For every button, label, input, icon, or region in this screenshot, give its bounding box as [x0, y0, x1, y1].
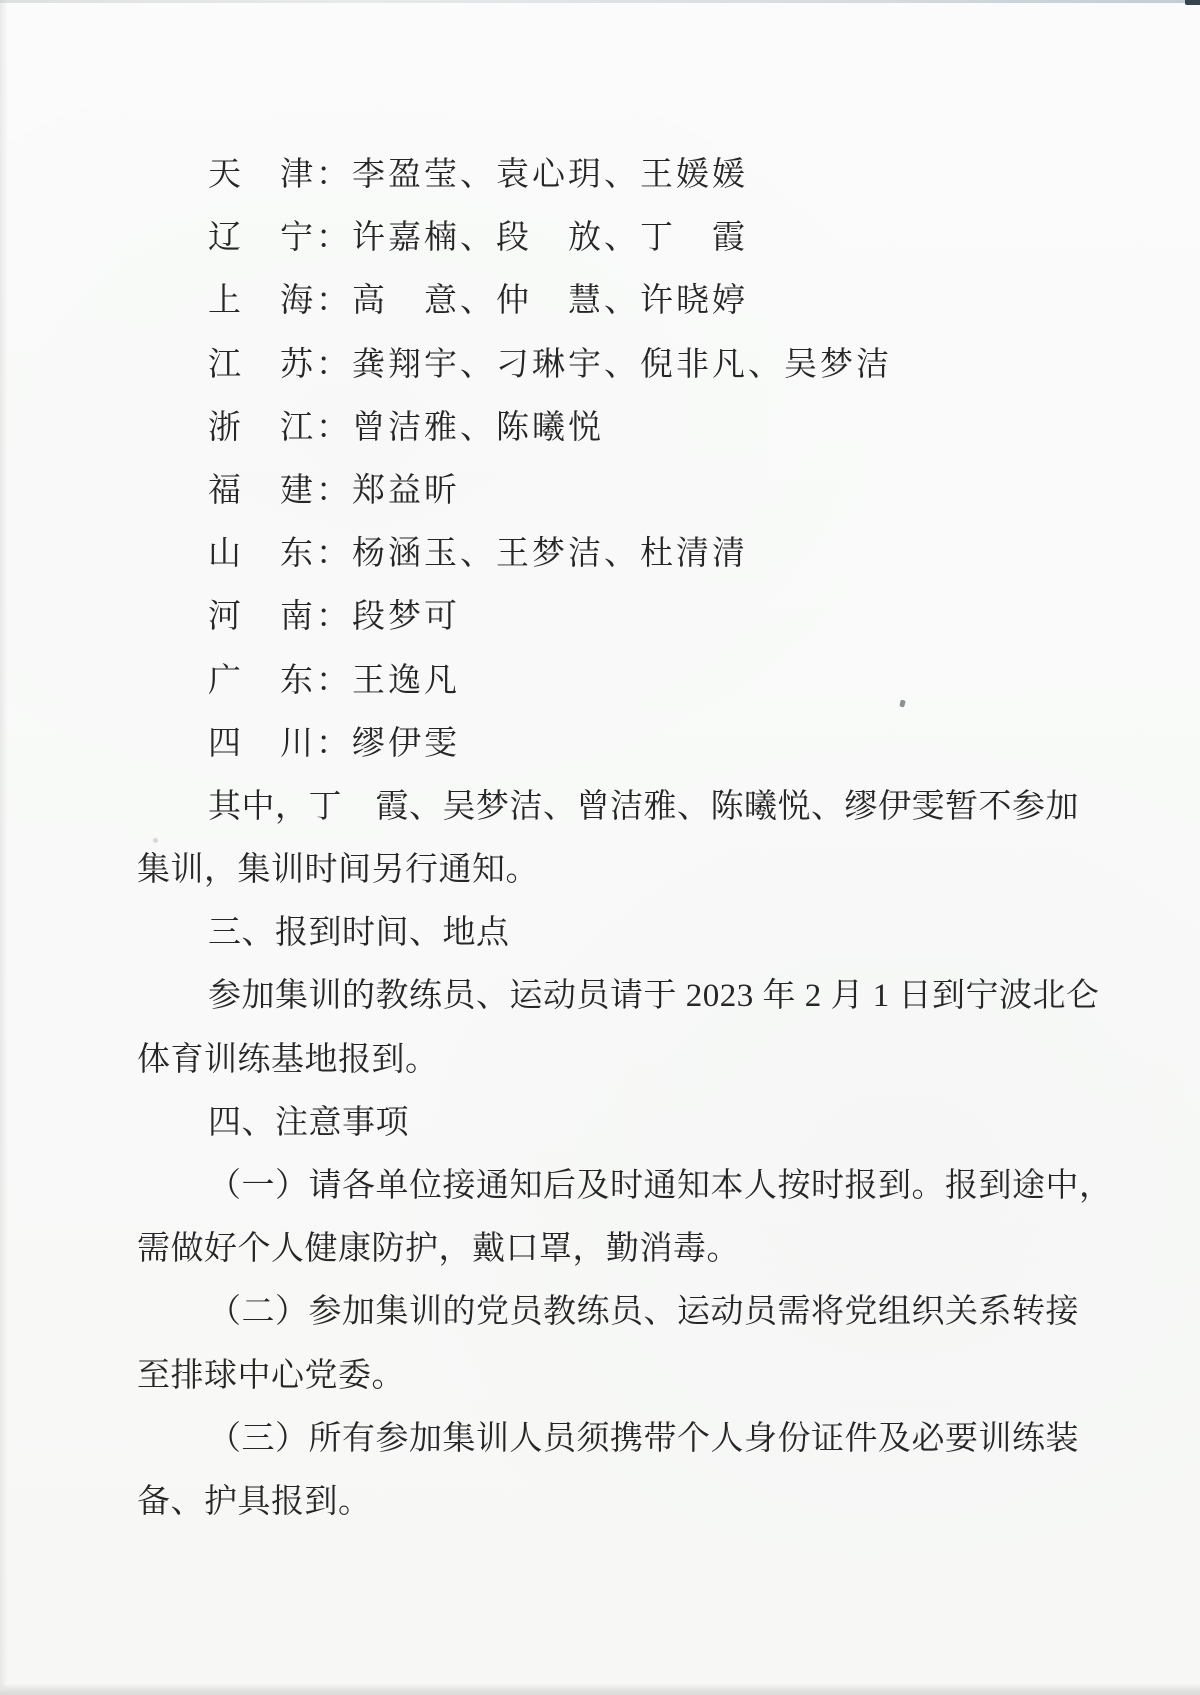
roster-line-fujian: 福 建：郑益昕	[137, 460, 1077, 523]
note2-line-1: （二）参加集训的党员教练员、运动员需将党组织关系转接	[137, 1281, 1077, 1344]
roster-line-liaoning: 辽 宁：许嘉楠、段 放、丁 霞	[137, 207, 1077, 270]
roster-line-zhejiang: 浙 江：曾洁雅、陈曦悦	[137, 397, 1077, 460]
roster-line-shanghai: 上 海：高 意、仲 慧、许晓婷	[137, 270, 1077, 333]
scan-speck	[153, 838, 158, 843]
roster-line-shandong: 山 东：杨涵玉、王梦洁、杜清清	[137, 523, 1077, 586]
note3-line-1: （三）所有参加集训人员须携带个人身份证件及必要训练装	[137, 1408, 1077, 1471]
document-body: 天 津：李盈莹、袁心玥、王媛媛 辽 宁：许嘉楠、段 放、丁 霞 上 海：高 意、…	[137, 144, 1077, 1534]
roster-line-sichuan: 四 川：缪伊雯	[137, 713, 1077, 776]
note1-line-1: （一）请各单位接通知后及时通知本人按时报到。报到途中，	[137, 1155, 1077, 1218]
scan-corner-artifact	[1185, 0, 1200, 5]
section3-body-line-2: 体育训练基地报到。	[137, 1029, 1077, 1092]
roster-line-henan: 河 南：段梦可	[137, 586, 1077, 649]
roster-line-tianjin: 天 津：李盈莹、袁心玥、王媛媛	[137, 144, 1077, 207]
roster-line-jiangsu: 江 苏：龚翔宇、刁琳宇、倪非凡、吴梦洁	[137, 334, 1077, 397]
exception-note-line-1: 其中，丁 霞、吴梦洁、曾洁雅、陈曦悦、缪伊雯暂不参加	[137, 776, 1077, 839]
note1-line-2: 需做好个人健康防护，戴口罩，勤消毒。	[137, 1218, 1077, 1281]
note2-line-2: 至排球中心党委。	[137, 1345, 1077, 1408]
note3-line-2: 备、护具报到。	[137, 1471, 1077, 1534]
section3-heading: 三、报到时间、地点	[137, 902, 1077, 965]
exception-note-line-2: 集训，集训时间另行通知。	[137, 839, 1077, 902]
scan-edge-bottom	[0, 1684, 1200, 1695]
section4-heading: 四、注意事项	[137, 1092, 1077, 1155]
roster-line-guangdong: 广 东：王逸凡	[137, 650, 1077, 713]
section3-body-line-1: 参加集训的教练员、运动员请于 2023 年 2 月 1 日到宁波北仑	[137, 965, 1077, 1028]
scan-edge-top	[0, 0, 1200, 3]
scanned-document-page: 天 津：李盈莹、袁心玥、王媛媛 辽 宁：许嘉楠、段 放、丁 霞 上 海：高 意、…	[0, 0, 1200, 1695]
scan-edge-left	[0, 0, 8, 1695]
